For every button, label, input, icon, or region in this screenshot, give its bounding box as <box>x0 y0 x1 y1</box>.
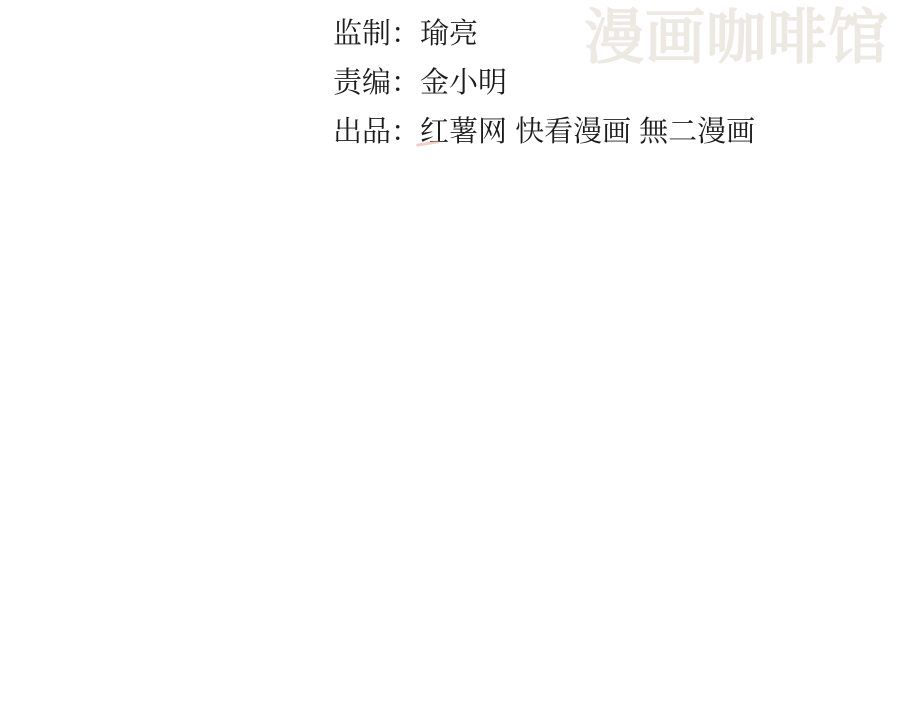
credit-role-label: 监制： <box>333 18 420 50</box>
credits-block: 监制：瑜亮 责编：金小明 出品：红薯网 快看漫画 無二漫画 <box>333 10 755 157</box>
credit-role-label: 责编： <box>333 67 420 99</box>
credit-role-value: 金小明 <box>420 67 507 99</box>
credit-role-value: 瑜亮 <box>420 18 478 50</box>
credit-role-value: 红薯网 快看漫画 無二漫画 <box>420 116 755 148</box>
comic-credits-page: { "colors": { "background": "#ffffff", "… <box>0 0 900 702</box>
credit-line-producer: 出品：红薯网 快看漫画 無二漫画 <box>333 108 755 157</box>
credit-line-supervisor: 监制：瑜亮 <box>333 10 755 59</box>
credit-role-label: 出品： <box>333 116 420 148</box>
credit-line-editor: 责编：金小明 <box>333 59 755 108</box>
